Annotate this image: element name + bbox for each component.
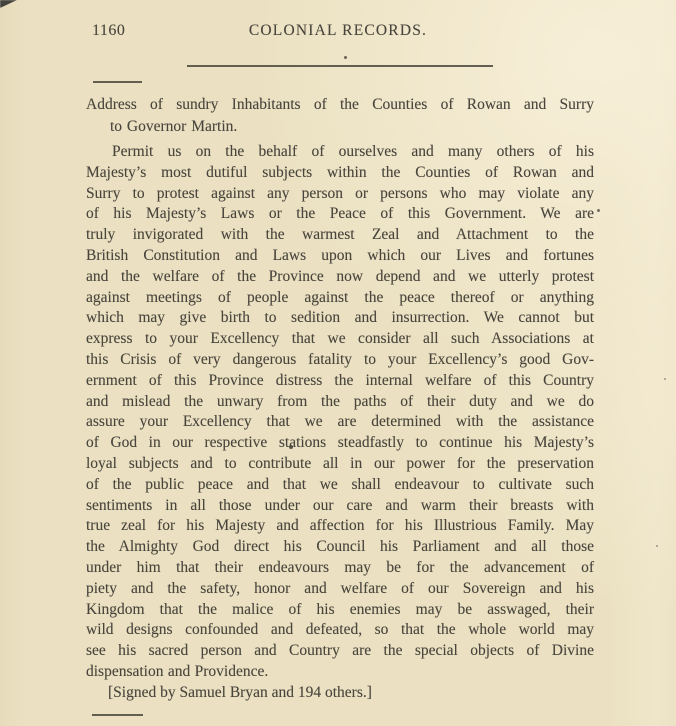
signature-line: [Signed by Samuel Bryan and 194 others.]: [86, 684, 594, 702]
ink-speck: [664, 378, 666, 380]
section-divider-rule: [93, 81, 142, 83]
body-text-line: wild designs confounded and defeated, so…: [86, 620, 594, 641]
body-text-line: assure your Excellency that we are deter…: [86, 412, 594, 433]
body-text-line: under him that their endeavours may be f…: [86, 558, 594, 579]
body-text-line: which may give birth to sedition and ins…: [86, 308, 594, 329]
body-text-line: the Almighty God direct his Council his …: [86, 537, 594, 558]
body-text-line: of his Majesty’s Laws or the Peace of th…: [86, 204, 594, 225]
book-page: 1160 COLONIAL RECORDS. Address of sundry…: [0, 0, 676, 726]
body-text-line: ernment of this Province distress the in…: [86, 371, 594, 392]
ink-speck: [656, 545, 658, 547]
body-text-line: British Constitution and Laws upon which…: [86, 246, 594, 267]
body-text-line: piety and the safety, honor and welfare …: [86, 579, 594, 600]
heading-line-2: to Governor Martin.: [86, 116, 594, 138]
body-text-line: true zeal for his Majesty and affection …: [86, 516, 594, 537]
body-text-line: Permit us on the behalf of ourselves and…: [86, 142, 594, 163]
body-text-line: Majesty’s most dutiful subjects within t…: [86, 163, 594, 184]
body-text-line: against meetings of people against the p…: [86, 288, 594, 309]
running-title: COLONIAL RECORDS.: [0, 22, 676, 40]
body-text-line: loyal subjects and to contribute all in …: [86, 454, 594, 475]
scan-corner-artifact: [0, 0, 17, 8]
body-text-line: this Crisis of very dangerous fatality t…: [86, 350, 594, 371]
body-text-line: dispensation and Providence.: [86, 662, 594, 683]
body-text-line: Surry to protest against any person or p…: [86, 184, 594, 205]
body-text-line: express to your Excellency that we consi…: [86, 329, 594, 350]
body-text-line: truly invigorated with the warmest Zeal …: [86, 225, 594, 246]
body-text-line: and mislead the unwary from the paths of…: [86, 392, 594, 413]
heading-line-1: Address of sundry Inhabitants of the Cou…: [86, 94, 594, 116]
body-paragraph: Permit us on the behalf of ourselves and…: [86, 142, 594, 683]
header-rule: [187, 65, 493, 67]
body-text-line: of God in our respective stations steadf…: [86, 433, 594, 454]
ink-speck: [597, 209, 600, 212]
ink-speck: [344, 56, 347, 59]
body-text-line: of the public peace and that we shall en…: [86, 475, 594, 496]
body-text-line: see his sacred person and Country are th…: [86, 641, 594, 662]
end-divider-rule: [92, 714, 143, 716]
ink-speck: [289, 445, 293, 449]
body-text-line: sentiments in all those under our care a…: [86, 496, 594, 517]
body-text-line: and the welfare of the Province now depe…: [86, 267, 594, 288]
body-text-line: Kingdom that the malice of his enemies m…: [86, 600, 594, 621]
document-heading: Address of sundry Inhabitants of the Cou…: [86, 94, 594, 138]
